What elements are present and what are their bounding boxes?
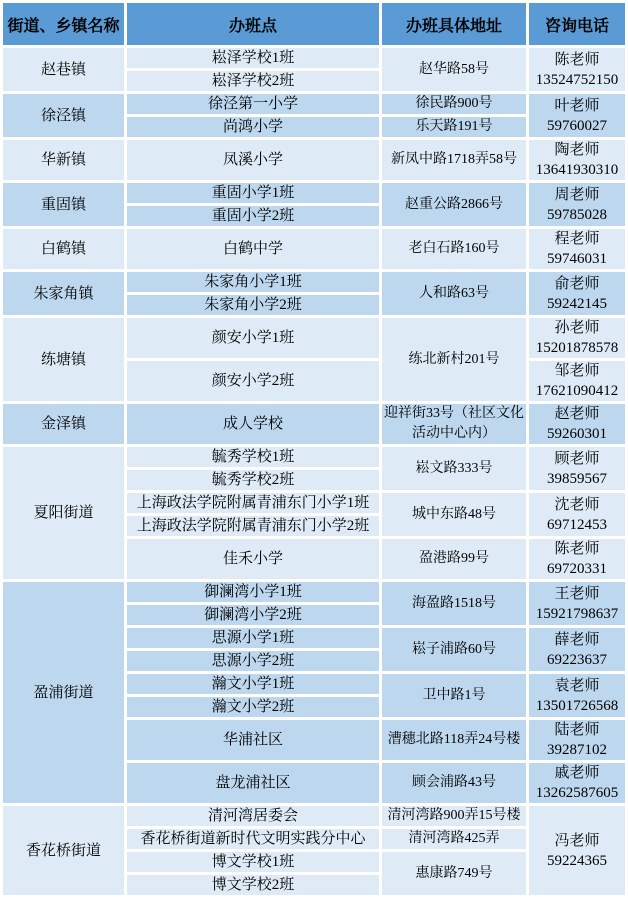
table-row: 朱家角镇朱家角小学1班人和路63号俞老师59242145 [3,272,625,292]
contact-cell: 戚老师13262587605 [529,763,625,803]
address-cell: 海盈路1518号 [382,582,526,625]
district-cell: 华新镇 [3,140,124,180]
address-cell: 惠康路749号 [382,852,526,895]
district-cell: 金泽镇 [3,404,124,444]
contact-cell: 顾老师39859567 [529,447,625,490]
table-row: 盈浦街道御澜湾小学1班海盈路1518号王老师15921798637 [3,582,625,602]
contact-cell: 赵老师59260301 [529,404,625,444]
teacher-name: 邹老师 [531,361,623,381]
teacher-name: 沈老师 [531,495,623,515]
phone-number: 59760027 [531,116,623,136]
teacher-name: 王老师 [531,584,623,604]
column-header: 办班点 [127,3,379,45]
district-cell: 徐泾镇 [3,94,124,137]
table-body: 赵巷镇崧泽学校1班赵华路58号陈老师13524752150崧泽学校2班徐泾镇徐泾… [3,48,625,895]
site-cell: 毓秀学校1班 [127,447,379,467]
district-cell: 朱家角镇 [3,272,124,315]
site-cell: 白鹤中学 [127,229,379,269]
teacher-name: 孙老师 [531,318,623,338]
district-cell: 夏阳街道 [3,447,124,579]
address-cell: 清河湾路425弄 [382,829,526,849]
column-header: 咨询电话 [529,3,625,45]
site-cell: 徐泾第一小学 [127,94,379,114]
address-cell: 练北新村201号 [382,318,526,401]
address-cell: 盈港路99号 [382,539,526,579]
address-cell: 顾会浦路43号 [382,763,526,803]
phone-number: 59746031 [531,249,623,269]
address-cell: 漕穗北路118弄24号楼 [382,720,526,760]
table-row: 徐泾镇徐泾第一小学徐民路900号叶老师59760027 [3,94,625,114]
site-cell: 佳禾小学 [127,539,379,579]
site-cell: 瀚文小学1班 [127,674,379,694]
header-row: 街道、乡镇名称办班点办班具体地址咨询电话 [3,3,625,45]
district-cell: 重固镇 [3,183,124,226]
address-cell: 徐民路900号 [382,94,526,114]
table-row: 华新镇凤溪小学新凤中路1718弄58号陶老师13641930310 [3,140,625,180]
site-cell: 华浦社区 [127,720,379,760]
contact-cell: 陈老师69720331 [529,539,625,579]
phone-number: 69223637 [531,650,623,670]
district-cell: 练塘镇 [3,318,124,401]
teacher-name: 陈老师 [531,50,623,70]
contact-cell: 邹老师17621090412 [529,361,625,401]
address-cell: 清河湾路900弄15号楼 [382,806,526,826]
teacher-name: 袁老师 [531,676,623,696]
phone-number: 39859567 [531,469,623,489]
phone-number: 39287102 [531,740,623,760]
site-cell: 毓秀学校2班 [127,470,379,490]
table-row: 重固镇重固小学1班赵重公路2866号周老师59785028 [3,183,625,203]
district-cell: 赵巷镇 [3,48,124,91]
site-cell: 思源小学1班 [127,628,379,648]
address-cell: 赵华路58号 [382,48,526,91]
phone-number: 59224365 [531,851,623,871]
site-cell: 思源小学2班 [127,651,379,671]
address-cell: 卫中路1号 [382,674,526,717]
site-cell: 香花桥街道新时代文明实践分中心 [127,829,379,849]
contact-cell: 陶老师13641930310 [529,140,625,180]
phone-number: 13641930310 [531,160,623,180]
address-cell: 城中东路48号 [382,493,526,536]
phone-number: 69720331 [531,559,623,579]
teacher-name: 叶老师 [531,96,623,116]
phone-number: 59260301 [531,424,623,444]
site-cell: 颜安小学1班 [127,318,379,358]
address-cell: 乐天路191号 [382,117,526,137]
phone-number: 13501726568 [531,696,623,716]
phone-number: 15201878578 [531,338,623,358]
contact-cell: 孙老师15201878578 [529,318,625,358]
contact-cell: 沈老师69712453 [529,493,625,536]
address-cell: 赵重公路2866号 [382,183,526,226]
site-cell: 朱家角小学1班 [127,272,379,292]
phone-number: 13524752150 [531,70,623,90]
contact-cell: 王老师15921798637 [529,582,625,625]
phone-number: 69712453 [531,515,623,535]
address-cell: 迎祥街33号（社区文化活动中心内） [382,404,526,444]
teacher-name: 程老师 [531,229,623,249]
teacher-name: 赵老师 [531,404,623,424]
site-cell: 成人学校 [127,404,379,444]
address-cell: 新凤中路1718弄58号 [382,140,526,180]
site-cell: 重固小学2班 [127,206,379,226]
site-cell: 凤溪小学 [127,140,379,180]
site-cell: 尚鸿小学 [127,117,379,137]
contact-cell: 程老师59746031 [529,229,625,269]
table-row: 赵巷镇崧泽学校1班赵华路58号陈老师13524752150 [3,48,625,68]
table-row: 夏阳街道毓秀学校1班崧文路333号顾老师39859567 [3,447,625,467]
teacher-name: 顾老师 [531,449,623,469]
table-row: 金泽镇成人学校迎祥街33号（社区文化活动中心内）赵老师59260301 [3,404,625,444]
site-cell: 博文学校2班 [127,875,379,895]
contact-cell: 薛老师69223637 [529,628,625,671]
address-cell: 人和路63号 [382,272,526,315]
teacher-name: 周老师 [531,185,623,205]
site-cell: 颜安小学2班 [127,361,379,401]
phone-number: 59242145 [531,294,623,314]
site-cell: 朱家角小学2班 [127,295,379,315]
site-cell: 御澜湾小学1班 [127,582,379,602]
contact-cell: 袁老师13501726568 [529,674,625,717]
table-row: 白鹤镇白鹤中学老白石路160号程老师59746031 [3,229,625,269]
district-cell: 白鹤镇 [3,229,124,269]
site-cell: 博文学校1班 [127,852,379,872]
district-cell: 香花桥街道 [3,806,124,895]
phone-number: 59785028 [531,205,623,225]
teacher-name: 陈老师 [531,539,623,559]
site-cell: 上海政法学院附属青浦东门小学2班 [127,516,379,536]
site-cell: 崧泽学校1班 [127,48,379,68]
phone-number: 17621090412 [531,381,623,401]
address-cell: 老白石路160号 [382,229,526,269]
contact-cell: 陈老师13524752150 [529,48,625,91]
address-cell: 崧子浦路60号 [382,628,526,671]
teacher-name: 陶老师 [531,140,623,160]
column-header: 办班具体地址 [382,3,526,45]
contact-cell: 叶老师59760027 [529,94,625,137]
site-cell: 盘龙浦社区 [127,763,379,803]
phone-number: 15921798637 [531,604,623,624]
site-cell: 上海政法学院附属青浦东门小学1班 [127,493,379,513]
column-header: 街道、乡镇名称 [3,3,124,45]
table-row: 香花桥街道清河湾居委会清河湾路900弄15号楼冯老师59224365 [3,806,625,826]
site-cell: 御澜湾小学2班 [127,605,379,625]
contact-cell: 俞老师59242145 [529,272,625,315]
address-cell: 崧文路333号 [382,447,526,490]
teacher-name: 冯老师 [531,831,623,851]
teacher-name: 陆老师 [531,720,623,740]
contact-cell: 周老师59785028 [529,183,625,226]
phone-number: 13262587605 [531,783,623,803]
contact-cell: 冯老师59224365 [529,806,625,895]
site-cell: 重固小学1班 [127,183,379,203]
class-sites-table: 街道、乡镇名称办班点办班具体地址咨询电话 赵巷镇崧泽学校1班赵华路58号陈老师1… [0,0,628,898]
teacher-name: 俞老师 [531,274,623,294]
site-cell: 瀚文小学2班 [127,697,379,717]
district-cell: 盈浦街道 [3,582,124,803]
teacher-name: 薛老师 [531,630,623,650]
site-cell: 清河湾居委会 [127,806,379,826]
teacher-name: 戚老师 [531,763,623,783]
table-row: 练塘镇颜安小学1班练北新村201号孙老师15201878578 [3,318,625,358]
site-cell: 崧泽学校2班 [127,71,379,91]
contact-cell: 陆老师39287102 [529,720,625,760]
